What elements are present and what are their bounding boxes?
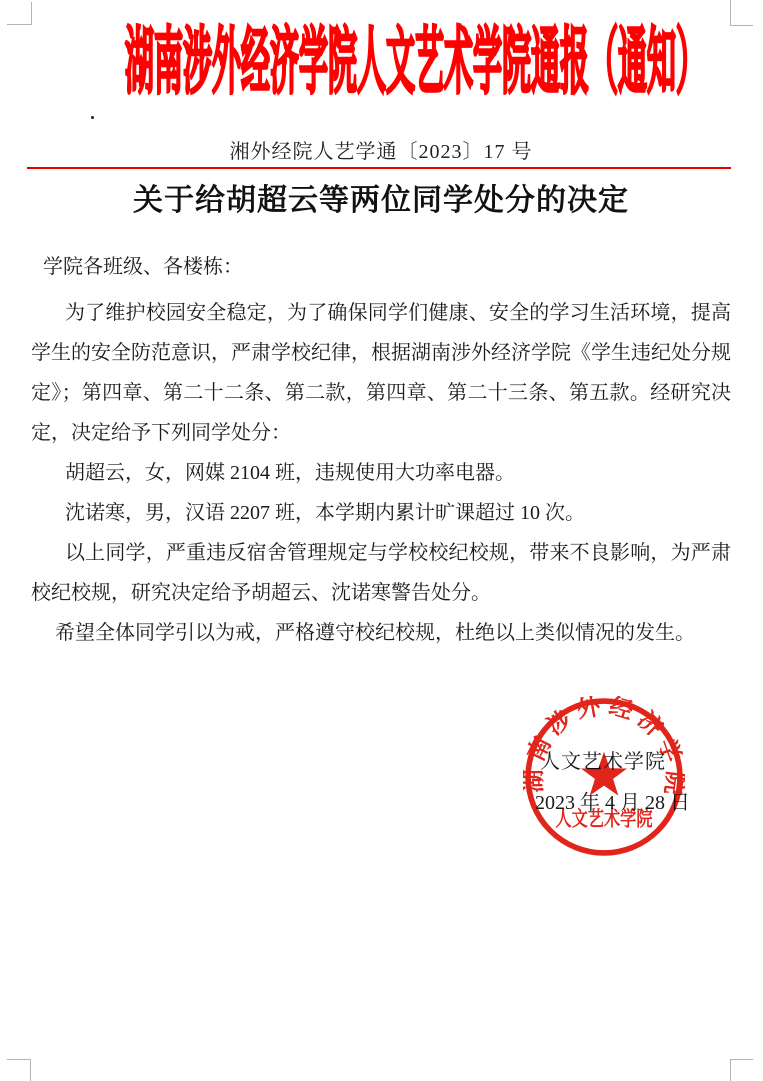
crop-mark-bottom-right	[730, 1059, 731, 1081]
body-paragraph: 希望全体同学引以为戒，严格遵守校纪校规，杜绝以上类似情况的发生。	[31, 613, 731, 653]
document-body: 学院各班级、各楼栋： 为了维护校园安全稳定，为了确保同学们健康、安全的学习生活环…	[31, 247, 731, 653]
body-paragraph-student-2: 沈诺寒，男，汉语 2207 班，本学期内累计旷课超过 10 次。	[31, 493, 731, 533]
seal-star-icon	[581, 752, 627, 796]
seal-bottom-text: 人文艺术学院	[555, 807, 653, 831]
body-paragraph: 以上同学，严重违反宿舍管理规定与学校校纪校规，带来不良影响，为严肃校纪校规，研究…	[31, 533, 731, 613]
crop-mark-bottom-left	[30, 1059, 31, 1081]
document-number: 湘外经院人艺学通〔2023〕17 号	[31, 135, 731, 164]
crop-mark-top-right	[730, 0, 731, 25]
crop-mark-top-left	[7, 24, 32, 25]
body-paragraph: 为了维护校园安全稳定，为了确保同学们健康、安全的学习生活环境，提高学生的安全防范…	[31, 293, 731, 453]
red-divider-line	[27, 167, 731, 169]
crop-mark-top-right	[730, 25, 753, 26]
stray-dot-mark	[91, 116, 94, 119]
body-paragraph-student-1: 胡超云，女，网媒 2104 班，违规使用大功率电器。	[31, 453, 731, 493]
official-seal: 湖南涉外经济学院 人文艺术学院	[523, 696, 685, 858]
crop-mark-bottom-right	[730, 1059, 753, 1060]
letterhead-title: 湖南涉外经济学院人文艺术学院通报（通知）	[125, 29, 705, 102]
crop-mark-top-left	[31, 2, 32, 25]
crop-mark-bottom-left	[7, 1059, 31, 1060]
notice-document-page: 湖南涉外经济学院人文艺术学院通报（通知） 湘外经院人艺学通〔2023〕17 号 …	[0, 0, 763, 1081]
salutation-line: 学院各班级、各楼栋：	[31, 247, 731, 287]
seal-arc-text: 湖南涉外经济学院	[523, 696, 685, 802]
document-title: 关于给胡超云等两位同学处分的决定	[31, 175, 731, 219]
letterhead-banner: 湖南涉外经济学院人文艺术学院通报（通知）	[118, 29, 712, 58]
